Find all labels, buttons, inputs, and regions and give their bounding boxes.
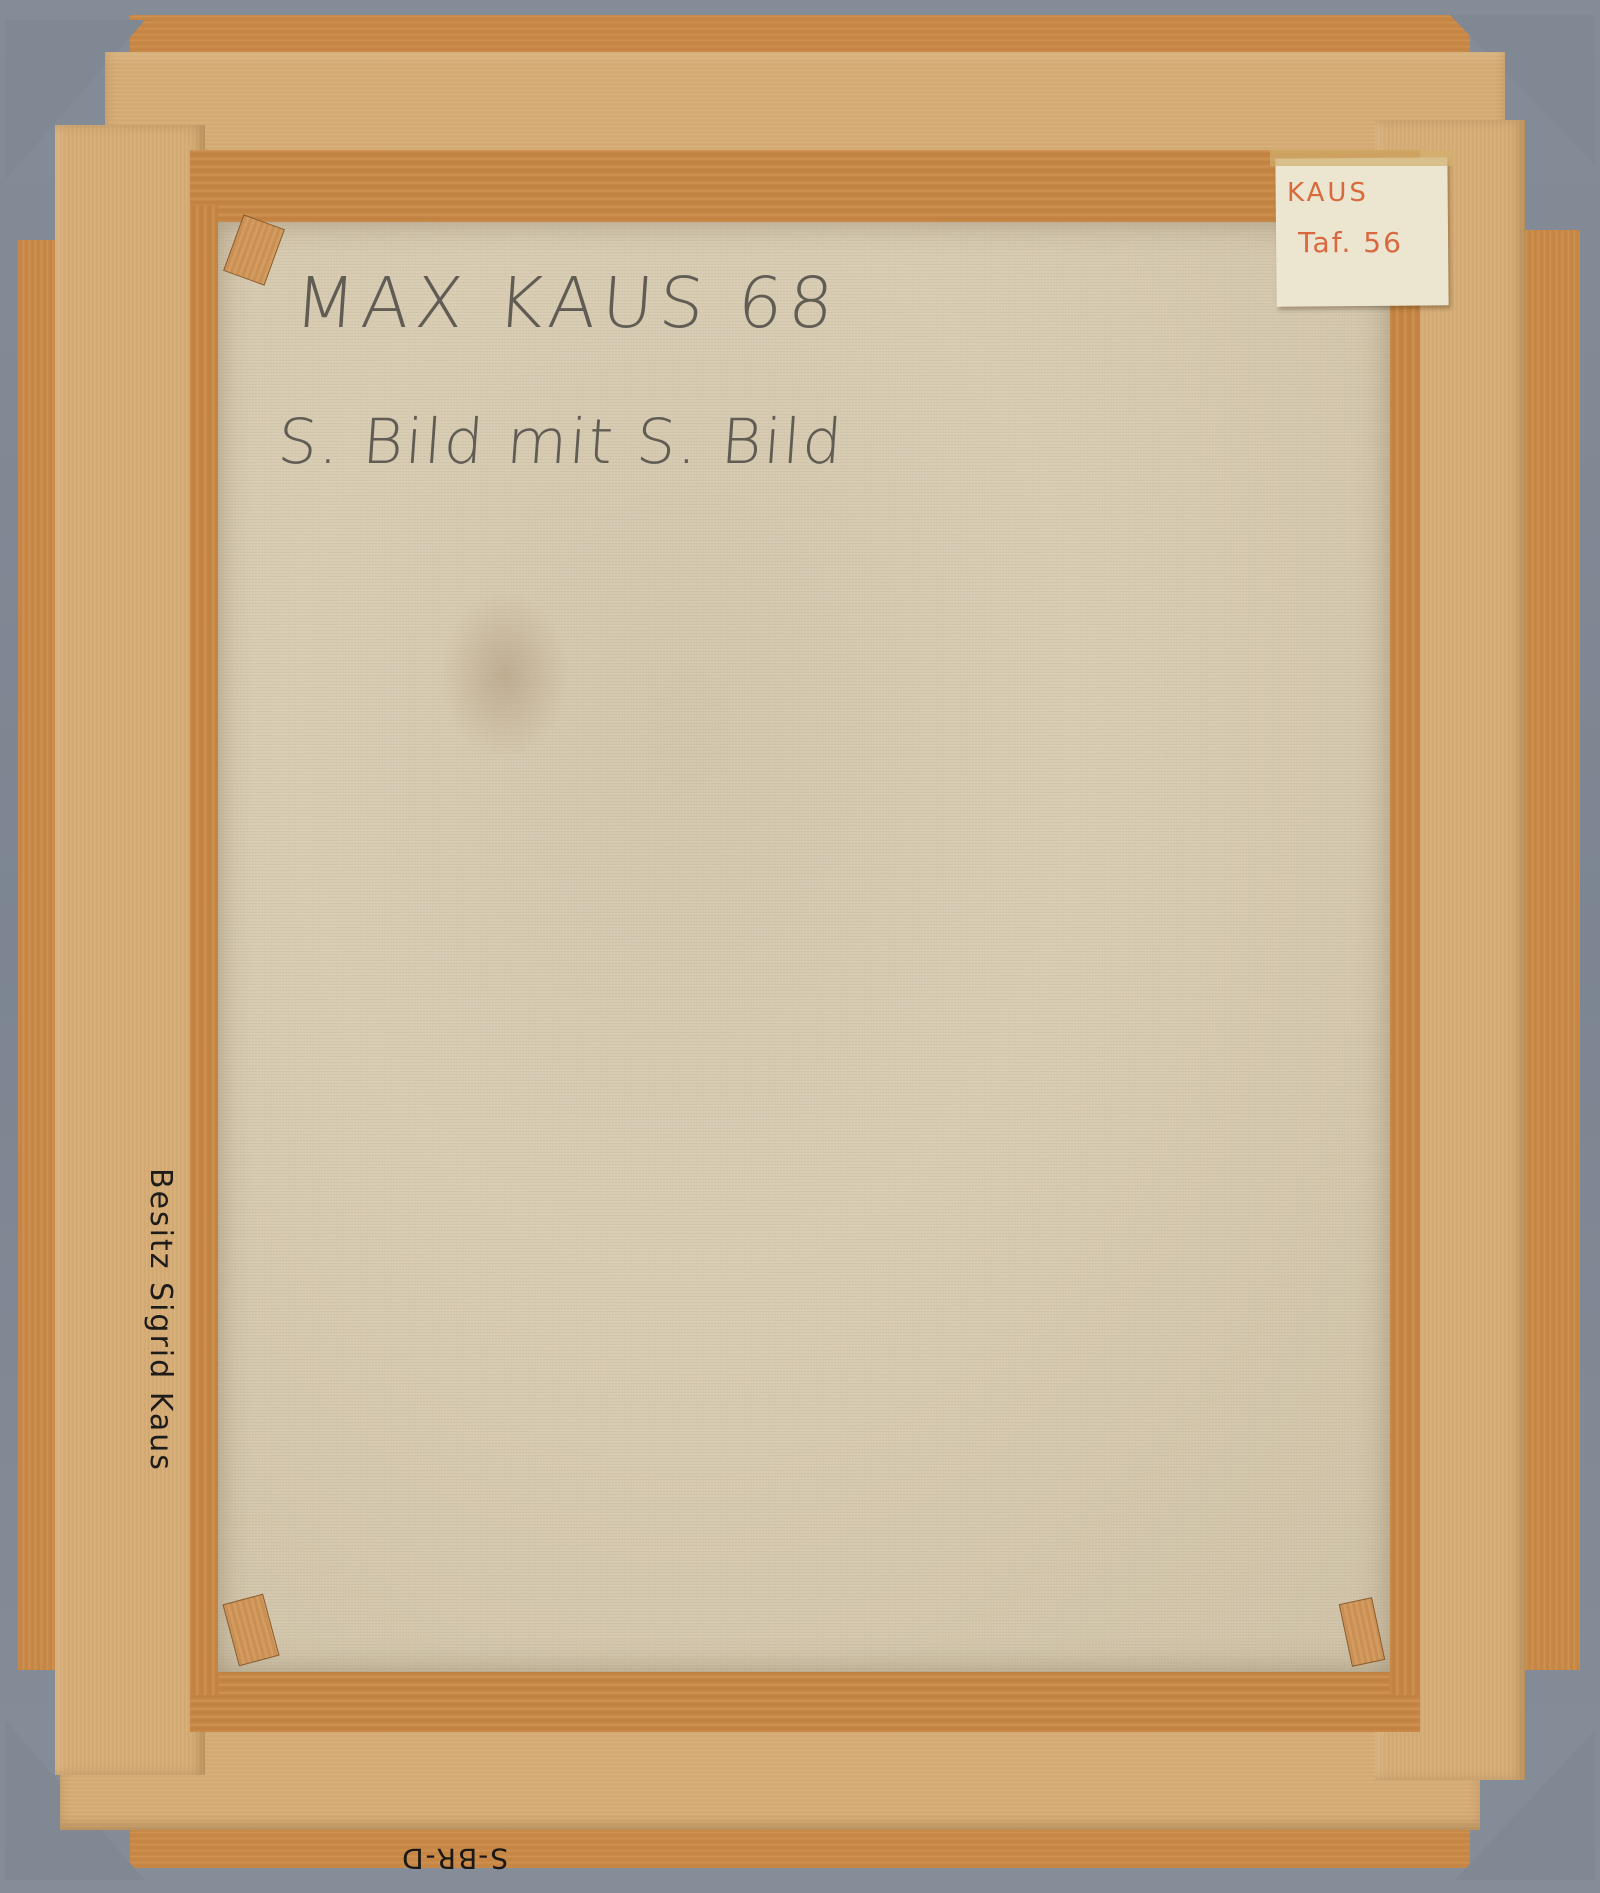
canvas-inscription-artist-date: MAX KAUS 68 <box>292 262 842 344</box>
stretcher-left <box>190 205 218 1695</box>
canvas-inscription-title: S. Bild mit S. Bild <box>275 405 846 478</box>
stretcher-bottom <box>190 1672 1420 1732</box>
label-plate-number: Taf. 56 <box>1298 226 1403 259</box>
bottom-frame-inscription: S-BR-D <box>400 1842 508 1875</box>
stretcher-top <box>190 150 1420 222</box>
stretcher-right <box>1390 205 1420 1695</box>
label-artist: KAUS <box>1287 178 1369 208</box>
canvas-stain <box>440 590 570 760</box>
label-tape <box>1270 150 1454 166</box>
ownership-inscription: Besitz Sigrid Kaus <box>143 1168 178 1472</box>
tape-left <box>55 125 205 1775</box>
